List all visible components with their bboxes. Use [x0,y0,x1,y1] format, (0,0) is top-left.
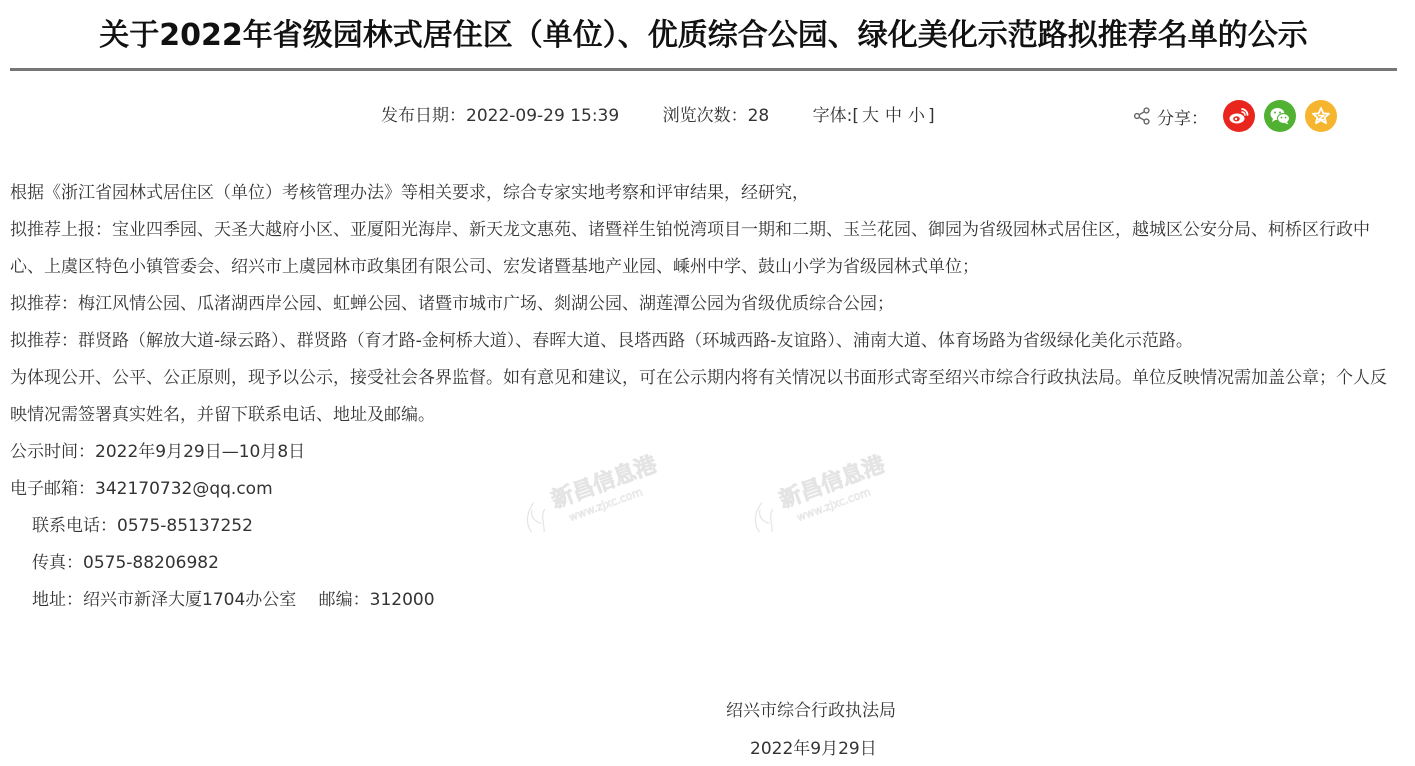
font-size-switcher: 字体:[大中小] [813,106,935,126]
share-qzone-button[interactable] [1305,100,1337,132]
notice-period: 公示时间：2022年9月29日—10月8日 [10,434,1400,471]
view-count-label: 浏览次数： [663,106,748,126]
paragraph-intro: 根据《浙江省园林式居住区（单位）考核管理办法》等相关要求，综合专家实地考察和评审… [10,175,1400,212]
paragraph-residential-units: 拟推荐上报：宝业四季园、天圣大越府小区、亚厦阳光海岸、新天龙文惠苑、诸暨祥生铂悦… [10,212,1400,286]
share-icon [1133,107,1151,125]
meta-info: 发布日期：2022-09-29 15:39 浏览次数：28 字体:[大中小] [381,102,935,130]
paragraph-parks: 拟推荐：梅江风情公园、瓜渚湖西岸公园、虹蝉公园、诸暨市城市广场、剡湖公园、湖莲潭… [10,286,1400,323]
article-page: 关于2022年省级园林式居住区（单位）、优质综合公园、绿化美化示范路拟推荐名单的… [10,0,1397,58]
paragraph-supervision: 为体现公开、公平、公正原则，现予以公示，接受社会各界监督。如有意见和建议，可在公… [10,360,1400,434]
share-wechat-button[interactable] [1264,100,1296,132]
title-divider [10,68,1397,71]
view-count: 浏览次数：28 [663,106,770,126]
contact-phone: 联系电话：0575-85137252 [10,508,1400,545]
share-weibo-button[interactable] [1223,100,1255,132]
font-size-medium[interactable]: 中 [885,106,902,126]
article-body: 根据《浙江省园林式居住区（单位）考核管理办法》等相关要求，综合专家实地考察和评审… [10,175,1400,619]
qzone-icon [1311,106,1331,126]
contact-address: 地址：绍兴市新泽大厦1704办公室 邮编：312000 [10,582,1400,619]
share-bar: 分享： [1133,101,1337,131]
contact-fax: 传真：0575-88206982 [10,545,1400,582]
publish-date-label: 发布日期： [381,106,466,126]
font-size-large[interactable]: 大 [862,106,879,126]
wechat-icon [1269,106,1291,126]
publish-date: 发布日期：2022-09-29 15:39 [381,106,619,126]
article-meta-bar: 发布日期：2022-09-29 15:39 浏览次数：28 字体:[大中小] 分… [0,102,1387,130]
contact-email: 电子邮箱：342170732@qq.com [10,471,1400,508]
paragraph-roads: 拟推荐：群贤路（解放大道-绿云路）、群贤路（育才路-金柯桥大道）、春晖大道、艮塔… [10,323,1400,360]
signature-organization: 绍兴市综合行政执法局 [726,696,896,721]
font-size-small[interactable]: 小 [908,106,925,126]
article-title: 关于2022年省级园林式居住区（单位）、优质综合公园、绿化美化示范路拟推荐名单的… [10,0,1397,58]
publish-date-value: 2022-09-29 15:39 [466,106,619,126]
share-label: 分享： [1157,104,1208,129]
signature-date: 2022年9月29日 [750,734,877,759]
view-count-value: 28 [748,106,770,126]
weibo-icon [1228,106,1250,126]
font-size-bracket: ] [928,106,935,126]
font-size-label: 字体:[ [813,106,859,126]
